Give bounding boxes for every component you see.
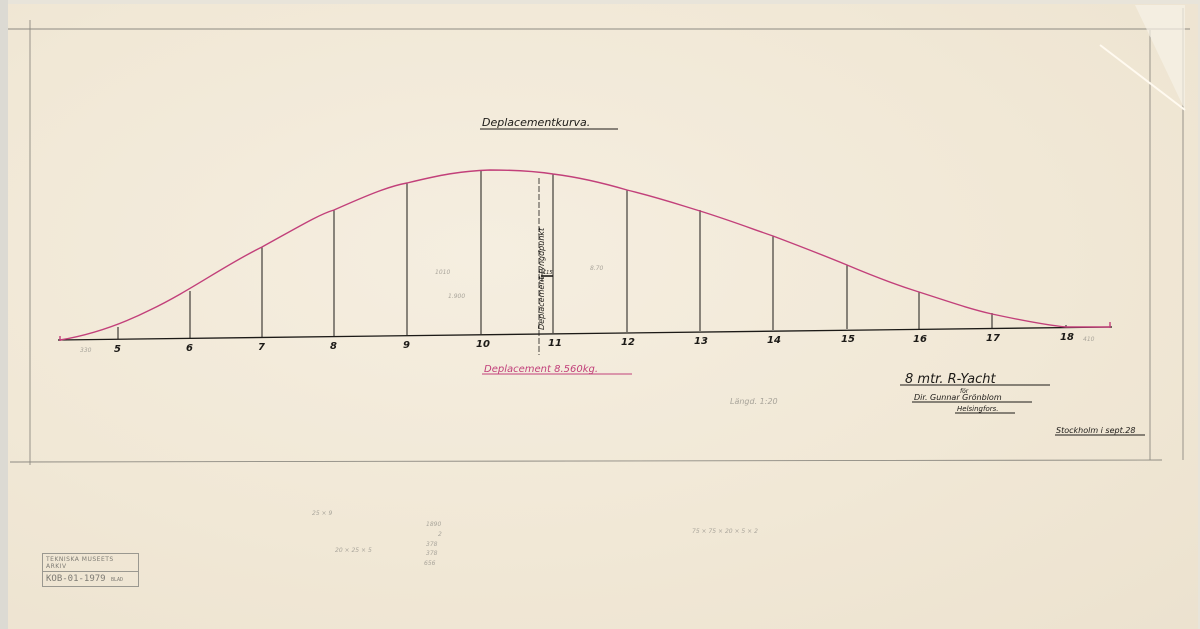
svg-text:14: 14	[767, 335, 781, 346]
svg-text:2: 2	[438, 531, 442, 538]
yacht-class: 8 mtr. R-Yacht	[905, 372, 996, 387]
svg-text:17: 17	[986, 333, 1000, 344]
svg-text:1890: 1890	[426, 521, 441, 528]
svg-text:8.70: 8.70	[590, 265, 604, 272]
center-of-buoyancy-label: Deplacement tyngdpunkt	[537, 227, 546, 330]
displacement-curve	[60, 170, 1110, 340]
svg-text:25 × 9: 25 × 9	[312, 510, 332, 517]
folded-corner	[1135, 5, 1185, 110]
place-date: Stockholm i sept.28	[1056, 426, 1135, 435]
client-name: Dir. Gunnar Grönblom	[914, 393, 1002, 402]
svg-text:12: 12	[621, 337, 635, 348]
displacement-curve-drawing: 5 6 7 8 9 10 11 12 13 14 15 16 17 18 Dep…	[0, 0, 1200, 629]
svg-text:378: 378	[426, 541, 438, 548]
pencil-notes: 330 410 1010 1.900 8.70 25 × 9 20 × 25 ×…	[80, 265, 1095, 567]
client-city: Helsingfors.	[957, 405, 998, 413]
archive-stamp-id: KOB-01-1979 BLAD	[43, 572, 138, 586]
svg-text:75 × 75 × 20 × 5 × 2: 75 × 75 × 20 × 5 × 2	[692, 528, 758, 535]
svg-text:1010: 1010	[435, 269, 450, 276]
svg-text:330: 330	[80, 347, 92, 354]
drawing-title: Deplacementkurva.	[482, 116, 590, 129]
svg-text:656: 656	[424, 560, 436, 567]
station-labels: 5 6 7 8 9 10 11 12 13 14 15 16 17 18	[114, 332, 1074, 355]
svg-text:16: 16	[913, 334, 927, 345]
svg-text:5: 5	[114, 344, 121, 355]
svg-text:8: 8	[330, 341, 337, 352]
svg-text:378: 378	[426, 550, 438, 557]
archive-id: KOB-01-1979	[46, 574, 106, 584]
archive-sheet-label: BLAD	[111, 577, 123, 583]
svg-text:6: 6	[186, 343, 193, 354]
svg-text:13: 13	[694, 336, 708, 347]
svg-text:11: 11	[548, 338, 562, 349]
svg-text:15: 15	[841, 334, 855, 345]
svg-text:1.900: 1.900	[448, 293, 465, 300]
displacement-value: Deplacement 8.560kg.	[484, 364, 598, 375]
svg-text:9: 9	[403, 340, 410, 351]
scale-label: Längd. 1:20	[730, 397, 778, 406]
baseline-axis	[58, 327, 1112, 340]
svg-text:18: 18	[1060, 332, 1074, 343]
svg-text:20 × 25 × 5: 20 × 25 × 5	[335, 547, 372, 554]
center-offset-value: 115	[543, 270, 553, 276]
svg-text:10: 10	[476, 339, 490, 350]
sheet-border	[8, 8, 1190, 465]
station-ordinates	[118, 171, 1066, 339]
svg-text:410: 410	[1083, 336, 1095, 343]
archive-stamp: TEKNISKA MUSEETS ARKIV KOB-01-1979 BLAD	[42, 553, 139, 587]
archive-stamp-name: TEKNISKA MUSEETS ARKIV	[43, 554, 138, 572]
svg-text:7: 7	[258, 342, 265, 353]
